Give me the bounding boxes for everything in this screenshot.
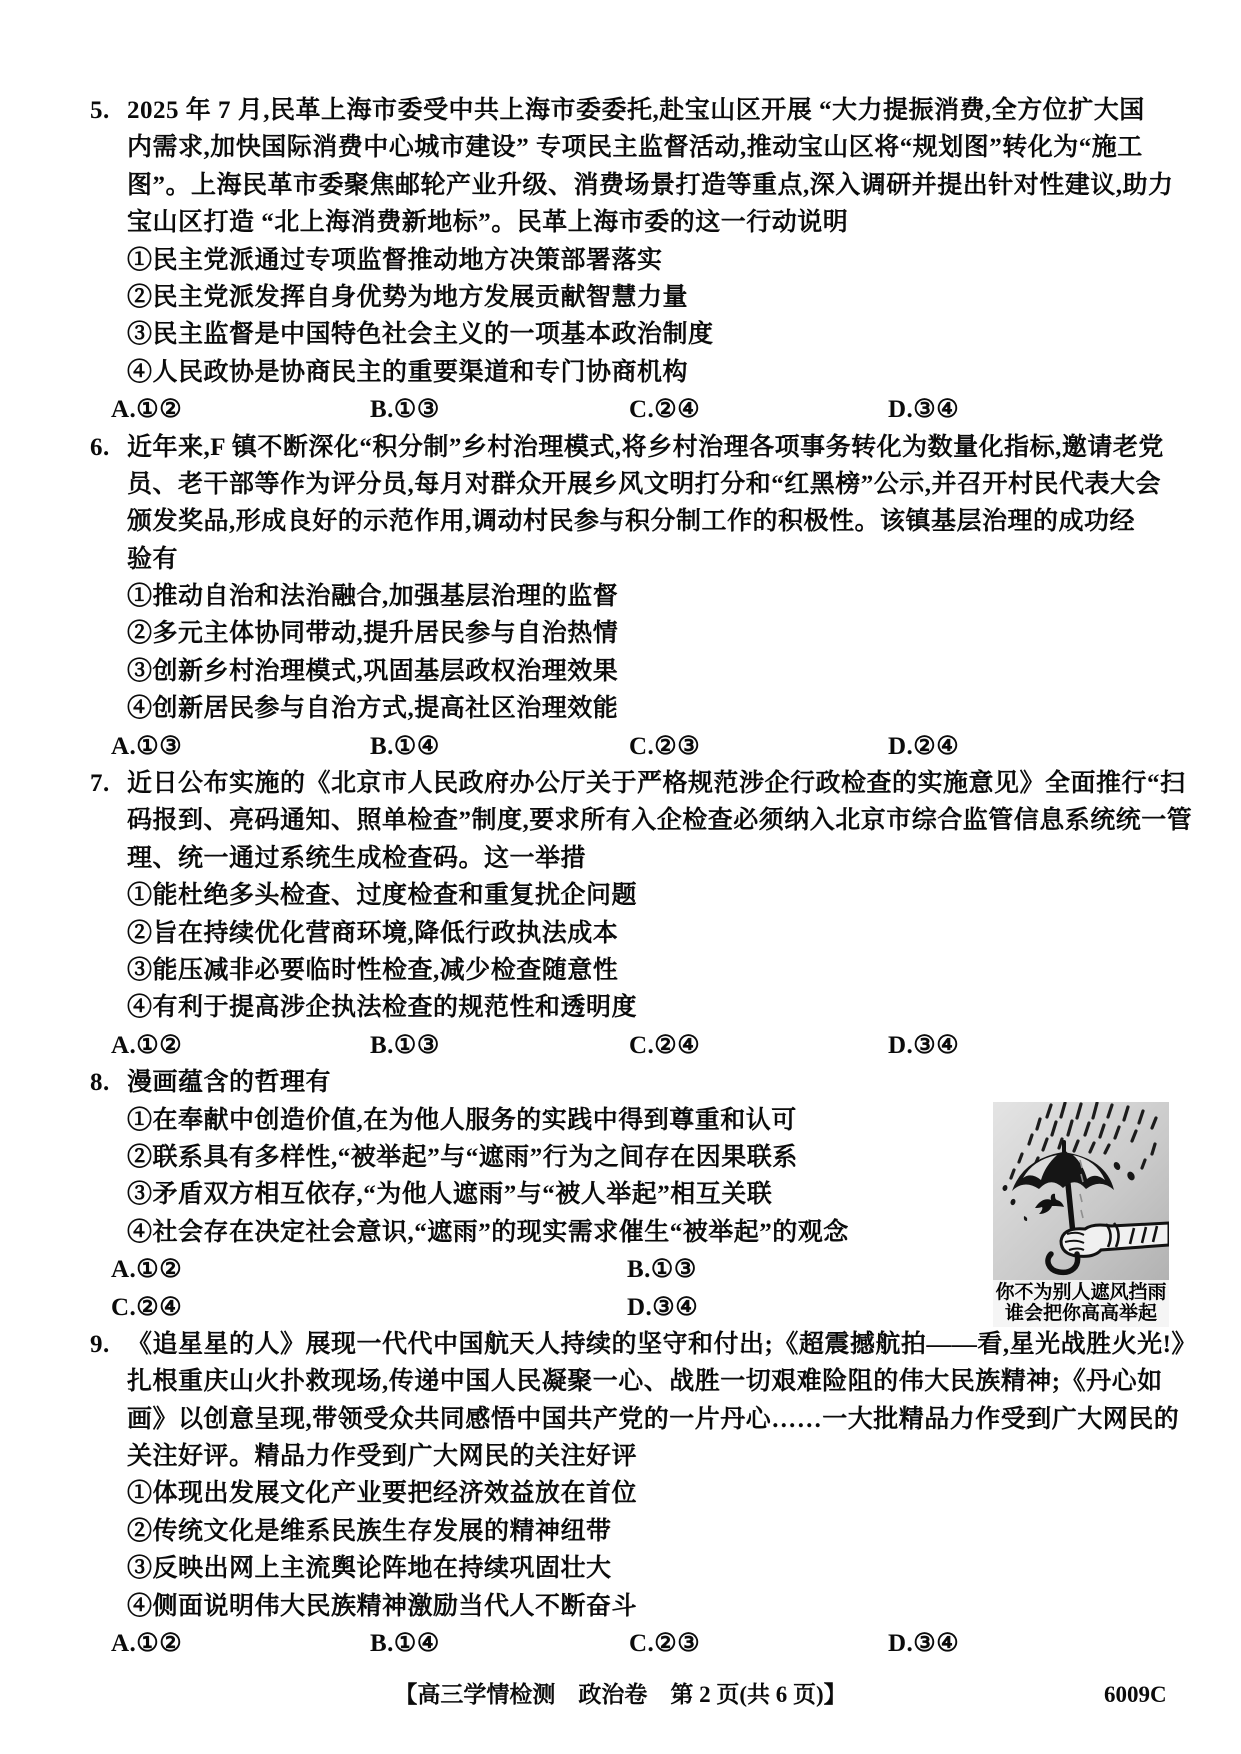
choice-a: A.①②	[111, 1027, 370, 1064]
question-6: 6.近年来,F 镇不断深化“积分制”乡村治理模式,将乡村治理各项事务转化为数量化…	[127, 429, 1157, 766]
paper-code: 6009C	[1104, 1680, 1167, 1710]
exam-content: 5.2025 年 7 月,民革上海市委受中共上海市委委托,赴宝山区开展 “大力提…	[127, 92, 1157, 1662]
choice-row: A.①② B.①③ C.②④ D.③④	[111, 1027, 1157, 1064]
question-number: 5.	[90, 92, 110, 129]
option-line-4: ④人民政协是协商民主的重要渠道和专门协商机构	[127, 354, 1157, 391]
exam-page: 5.2025 年 7 月,民革上海市委受中共上海市委委托,赴宝山区开展 “大力提…	[0, 0, 1241, 1754]
choice-row: A.①② B.①④ C.②③ D.③④	[111, 1625, 1157, 1662]
page-footer: 【高三学情检测 政治卷 第 2 页(共 6 页)】	[0, 1680, 1241, 1710]
stem-line: 理、统一通过系统生成检查码。这一举措	[127, 840, 1157, 877]
option-line-4: ④创新居民参与自治方式,提高社区治理效能	[127, 690, 1157, 727]
caption-line-2: 谁会把你高高举起	[993, 1303, 1169, 1324]
stem-line: 画》以创意呈现,带领受众共同感悟中国共产党的一片丹心……一大批精品力作受到广大网…	[127, 1401, 1157, 1438]
choice-c: C.②④	[111, 1289, 627, 1326]
stem-text: 2025 年 7 月,民革上海市委受中共上海市委委托,赴宝山区开展 “大力提振消…	[127, 97, 1145, 124]
option-line-1: ①民主党派通过专项监督推动地方决策部署落实	[127, 242, 1157, 279]
choice-a: A.①②	[111, 1625, 370, 1662]
option-line-4: ④侧面说明伟大民族精神激励当代人不断奋斗	[127, 1588, 1157, 1625]
stem-line: 9.《追星星的人》展现一代代中国航天人持续的坚守和付出;《超震撼航拍——看,星光…	[127, 1326, 1157, 1363]
stem-line: 8.漫画蕴含的哲理有	[127, 1064, 1157, 1101]
choice-b: B.①③	[627, 1251, 697, 1288]
stem-text: 近日公布实施的《北京市人民政府办公厅关于严格规范涉企行政检查的实施意见》全面推行…	[127, 770, 1186, 797]
choice-d: D.②④	[888, 728, 959, 765]
choice-b: B.①④	[370, 1625, 629, 1662]
stem-line: 验有	[127, 541, 1157, 578]
choice-d: D.③④	[888, 391, 959, 428]
choice-b: B.①③	[370, 1027, 629, 1064]
choice-b: B.①③	[370, 391, 629, 428]
choice-row: A.①② B.①③ C.②④ D.③④	[111, 391, 1157, 428]
stem-line: 宝山区打造 “北上海消费新地标”。民革上海市委的这一行动说明	[127, 204, 1157, 241]
choice-c: C.②③	[629, 728, 888, 765]
choice-a: A.①②	[111, 391, 370, 428]
option-line-3: ③反映出网上主流舆论阵地在持续巩固壮大	[127, 1550, 1157, 1587]
stem-line: 码报到、亮码通知、照单检查”制度,要求所有入企检查必须纳入北京市综合监管信息系统…	[127, 802, 1157, 839]
stem-line: 6.近年来,F 镇不断深化“积分制”乡村治理模式,将乡村治理各项事务转化为数量化…	[127, 429, 1157, 466]
choice-a: A.①②	[111, 1251, 627, 1288]
cartoon-caption: 你不为别人遮风挡雨 谁会把你高高举起	[993, 1280, 1169, 1327]
q8-cartoon-image: 你不为别人遮风挡雨 谁会把你高高举起	[993, 1102, 1169, 1327]
choice-d: D.③④	[627, 1289, 698, 1326]
choice-a: A.①③	[111, 728, 370, 765]
stem-text: 漫画蕴含的哲理有	[127, 1069, 331, 1096]
stem-line: 7.近日公布实施的《北京市人民政府办公厅关于严格规范涉企行政检查的实施意见》全面…	[127, 765, 1157, 802]
option-line-3: ③创新乡村治理模式,巩固基层政权治理效果	[127, 653, 1157, 690]
question-number: 8.	[90, 1064, 110, 1101]
option-line-2: ②民主党派发挥自身优势为地方发展贡献智慧力量	[127, 279, 1157, 316]
question-number: 9.	[90, 1326, 110, 1363]
option-line-2: ②多元主体协同带动,提升居民参与自治热情	[127, 615, 1157, 652]
choice-c: C.②④	[629, 391, 888, 428]
stem-line: 扎根重庆山火扑救现场,传递中国人民凝聚一心、战胜一切艰难险阻的伟大民族精神;《丹…	[127, 1363, 1157, 1400]
option-line-1: ①能杜绝多头检查、过度检查和重复扰企问题	[127, 877, 1157, 914]
umbrella-rain-drawing	[993, 1102, 1169, 1280]
option-line-4: ④有利于提高涉企执法检查的规范性和透明度	[127, 989, 1157, 1026]
question-7: 7.近日公布实施的《北京市人民政府办公厅关于严格规范涉企行政检查的实施意见》全面…	[127, 765, 1157, 1064]
stem-text: 近年来,F 镇不断深化“积分制”乡村治理模式,将乡村治理各项事务转化为数量化指标…	[127, 434, 1164, 461]
stem-line: 5.2025 年 7 月,民革上海市委受中共上海市委委托,赴宝山区开展 “大力提…	[127, 92, 1157, 129]
caption-line-1: 你不为别人遮风挡雨	[993, 1282, 1169, 1303]
option-line-1: ①推动自治和法治融合,加强基层治理的监督	[127, 578, 1157, 615]
stem-text: 《追星星的人》展现一代代中国航天人持续的坚守和付出;《超震撼航拍——看,星光战胜…	[127, 1331, 1197, 1358]
choice-c: C.②③	[629, 1625, 888, 1662]
question-9: 9.《追星星的人》展现一代代中国航天人持续的坚守和付出;《超震撼航拍——看,星光…	[127, 1326, 1157, 1663]
question-5: 5.2025 年 7 月,民革上海市委受中共上海市委委托,赴宝山区开展 “大力提…	[127, 92, 1157, 429]
option-line-2: ②旨在持续优化营商环境,降低行政执法成本	[127, 915, 1157, 952]
option-line-3: ③民主监督是中国特色社会主义的一项基本政治制度	[127, 316, 1157, 353]
stem-line: 员、老干部等作为评分员,每月对群众开展乡风文明打分和“红黑榜”公示,并召开村民代…	[127, 466, 1157, 503]
choice-b: B.①④	[370, 728, 629, 765]
stem-line: 图”。上海民革市委聚焦邮轮产业升级、消费场景打造等重点,深入调研并提出针对性建议…	[127, 167, 1157, 204]
stem-line: 颁发奖品,形成良好的示范作用,调动村民参与积分制工作的积极性。该镇基层治理的成功…	[127, 503, 1157, 540]
option-line-3: ③能压减非必要临时性检查,减少检查随意性	[127, 952, 1157, 989]
option-line-1: ①体现出发展文化产业要把经济效益放在首位	[127, 1475, 1157, 1512]
choice-d: D.③④	[888, 1625, 959, 1662]
question-number: 7.	[90, 765, 110, 802]
option-line-2: ②传统文化是维系民族生存发展的精神纽带	[127, 1513, 1157, 1550]
stem-line: 内需求,加快国际消费中心城市建设” 专项民主监督活动,推动宝山区将“规划图”转化…	[127, 129, 1157, 166]
stem-line: 关注好评。精品力作受到广大网民的关注好评	[127, 1438, 1157, 1475]
question-number: 6.	[90, 429, 110, 466]
choice-row: A.①③ B.①④ C.②③ D.②④	[111, 728, 1157, 765]
choice-d: D.③④	[888, 1027, 959, 1064]
choice-c: C.②④	[629, 1027, 888, 1064]
